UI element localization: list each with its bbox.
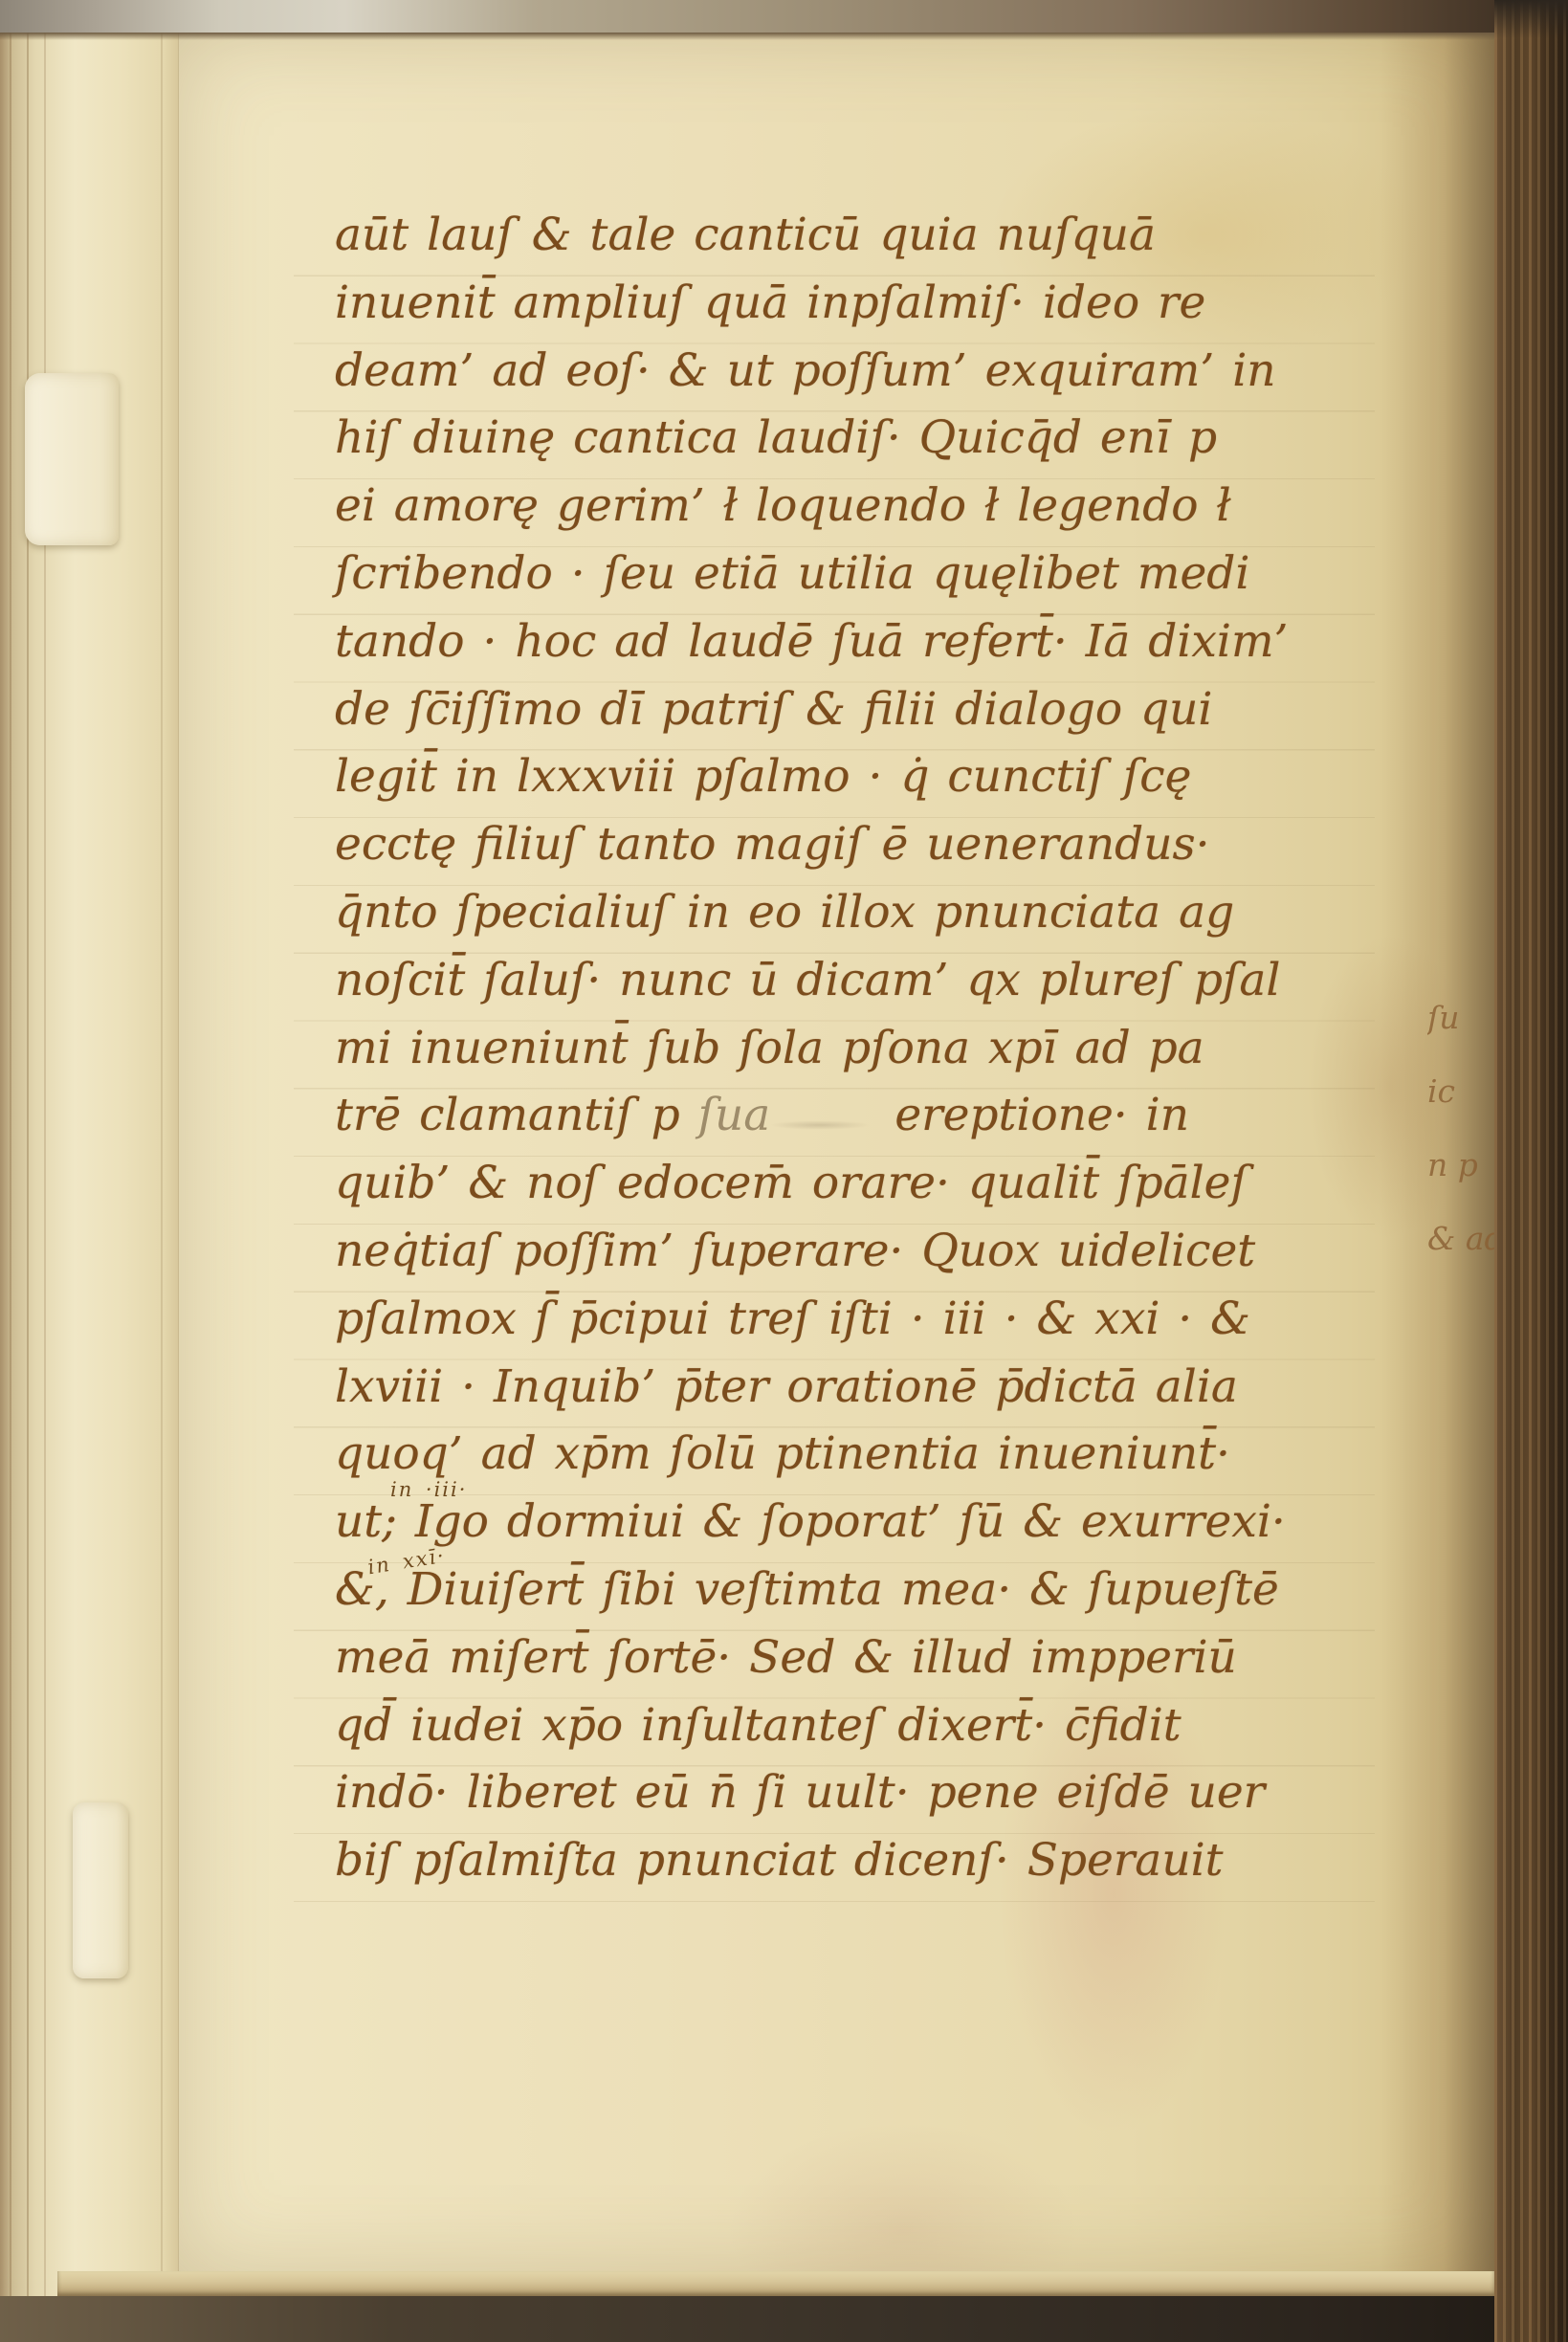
manuscript-line: legit̄ in lxxxviii pſalmo · q̇ cunctiſ ſ… xyxy=(335,750,1253,818)
line-text: &, Diuiſert̄ ſibi veſtimta mea· & ſupueſ… xyxy=(335,1563,1279,1616)
line-text: lxviii · Inquib’ p̄ter orationē p̄dictā … xyxy=(335,1360,1238,1413)
line-text: deam’ ad eoſ· & ut poſſum’ exquiram’ in xyxy=(335,344,1276,397)
manuscript-line: meā miſert̄ ſortē· Sed & illud impperiū xyxy=(335,1631,1253,1699)
manuscript-line: trē clamantiſ p ſuaereptione· in xyxy=(335,1089,1253,1157)
manuscript-line: inuenit̄ ampliuſ quā inpſalmiſ· ideo re xyxy=(335,276,1253,344)
line-text: noſcit̄ ſaluſ· nunc ū dicam’ qx plureſ p… xyxy=(335,954,1280,1006)
line-text: quib’ & noſ edocem̄ orare· qualit̄ ſpāle… xyxy=(335,1157,1248,1209)
page-stack-bottom xyxy=(57,2271,1494,2296)
manuscript-line: ecctę filiuſ tanto magiſ ē uenerandus· xyxy=(335,818,1253,886)
line-text: neq̇tiaſ poſſim’ ſuperare· Quox uidelice… xyxy=(335,1225,1255,1277)
line-text: legit̄ in lxxxviii pſalmo · q̇ cunctiſ ſ… xyxy=(335,750,1191,803)
text-block: aūt lauſ & tale canticū quia nuſquāinuen… xyxy=(335,209,1253,1902)
edge-bleed-fragment: n p xyxy=(1427,1146,1496,1183)
line-text: aūt lauſ & tale canticū quia nuſquā xyxy=(335,209,1156,261)
book-edge-right xyxy=(1494,0,1568,2342)
line-text: inuenit̄ ampliuſ quā inpſalmiſ· ideo re xyxy=(335,276,1205,329)
binding-bottom xyxy=(0,2296,1568,2342)
manuscript-line: noſcit̄ ſaluſ· nunc ū dicam’ qx plureſ p… xyxy=(335,954,1253,1022)
page-edge-line xyxy=(10,33,11,2317)
edge-bleed-fragment: & ad xyxy=(1427,1220,1496,1257)
parchment-tab-upper xyxy=(25,373,119,545)
manuscript-line: hiſ diuinę cantica laudiſ· Quicq̄d enī p xyxy=(335,411,1253,479)
manuscript-line: aūt lauſ & tale canticū quia nuſquā xyxy=(335,209,1253,276)
line-text: qd̄ iudei xp̄o inſultanteſ dixert̄· c̄fi… xyxy=(335,1699,1182,1752)
line-text: trē clamantiſ p xyxy=(335,1089,698,1141)
line-text: ſua xyxy=(698,1089,771,1141)
line-text: mi inueniunt̄ ſub ſola pſona xpī ad pa xyxy=(335,1022,1204,1074)
manuscript-line: in xxī·&, Diuiſert̄ ſibi veſtimta mea· &… xyxy=(335,1563,1253,1631)
manuscript-line: tando · hoc ad laudē ſuā refert̄· Iā dix… xyxy=(335,615,1253,683)
manuscript-line: qd̄ iudei xp̄o inſultanteſ dixert̄· c̄fi… xyxy=(335,1699,1253,1767)
manuscript-line: indō· liberet eū n̄ ſi uult· pene eiſdē … xyxy=(335,1766,1253,1834)
page-edge-line xyxy=(161,33,163,2317)
manuscript-line: pſalmox ſ̄ p̄cipui treſ iſti · iii · & x… xyxy=(335,1293,1253,1360)
manuscript-line: in ·iii·ut; Igo dormiui & ſoporat’ ſū & … xyxy=(335,1495,1253,1563)
edge-bleed-text: ſuicn p& ad xyxy=(1427,999,1496,1257)
manuscript-line: deam’ ad eoſ· & ut poſſum’ exquiram’ in xyxy=(335,344,1253,412)
manuscript-line: neq̇tiaſ poſſim’ ſuperare· Quox uidelice… xyxy=(335,1225,1253,1293)
line-text: indō· liberet eū n̄ ſi uult· pene eiſdē … xyxy=(335,1766,1265,1819)
manuscript-line: de ſc̄iſſimo dī patriſ & filii dialogo q… xyxy=(335,683,1253,751)
erasure-gap xyxy=(770,1120,894,1130)
line-text: meā miſert̄ ſortē· Sed & illud impperiū xyxy=(335,1631,1237,1684)
parchment-tab-lower xyxy=(73,1802,128,1978)
manuscript-line: ei amorę gerim’ ł loquendo ł legendo ł xyxy=(335,479,1253,547)
edge-bleed-fragment: ſu xyxy=(1427,999,1496,1036)
manuscript-line: ſcribendo · ſeu etiā utilia quęlibet med… xyxy=(335,547,1253,615)
interlinear-gloss: in ·iii· xyxy=(390,1478,467,1501)
manuscript-line: q̄nto ſpecialiuſ in eo illox pnunciata a… xyxy=(335,886,1253,954)
manuscript-line: biſ pſalmiſta pnunciat dicenſ· Sperauit xyxy=(335,1834,1253,1902)
line-text: hiſ diuinę cantica laudiſ· Quicq̄d enī p xyxy=(335,411,1217,464)
binding-top-shadow xyxy=(0,33,1568,40)
line-text: ei amorę gerim’ ł loquendo ł legendo ł xyxy=(335,479,1231,532)
line-text: ut; Igo dormiui & ſoporat’ ſū & exurrexi… xyxy=(335,1495,1286,1548)
edge-bleed-fragment: ic xyxy=(1427,1072,1496,1110)
line-text: quoq’ ad xp̄m ſolū ptinentia inueniunt̄· xyxy=(335,1427,1230,1480)
manuscript-line: quib’ & noſ edocem̄ orare· qualit̄ ſpāle… xyxy=(335,1157,1253,1225)
manuscript-photo: aūt lauſ & tale canticū quia nuſquāinuen… xyxy=(0,0,1568,2342)
page-edge-line xyxy=(27,33,29,2317)
line-text: q̄nto ſpecialiuſ in eo illox pnunciata a… xyxy=(335,886,1234,939)
line-text: ſcribendo · ſeu etiā utilia quęlibet med… xyxy=(335,547,1249,600)
line-text: ereptione· in xyxy=(894,1089,1189,1141)
line-text: ecctę filiuſ tanto magiſ ē uenerandus· xyxy=(335,818,1210,871)
line-text: de ſc̄iſſimo dī patriſ & filii dialogo q… xyxy=(335,683,1212,736)
manuscript-line: lxviii · Inquib’ p̄ter orationē p̄dictā … xyxy=(335,1360,1253,1428)
manuscript-line: quoq’ ad xp̄m ſolū ptinentia inueniunt̄· xyxy=(335,1427,1253,1495)
binding-top xyxy=(0,0,1568,33)
line-text: pſalmox ſ̄ p̄cipui treſ iſti · iii · & x… xyxy=(335,1293,1250,1345)
line-text: tando · hoc ad laudē ſuā refert̄· Iā dix… xyxy=(335,615,1288,668)
manuscript-line: mi inueniunt̄ ſub ſola pſona xpī ad pa xyxy=(335,1022,1253,1090)
line-text: biſ pſalmiſta pnunciat dicenſ· Sperauit xyxy=(335,1834,1224,1887)
